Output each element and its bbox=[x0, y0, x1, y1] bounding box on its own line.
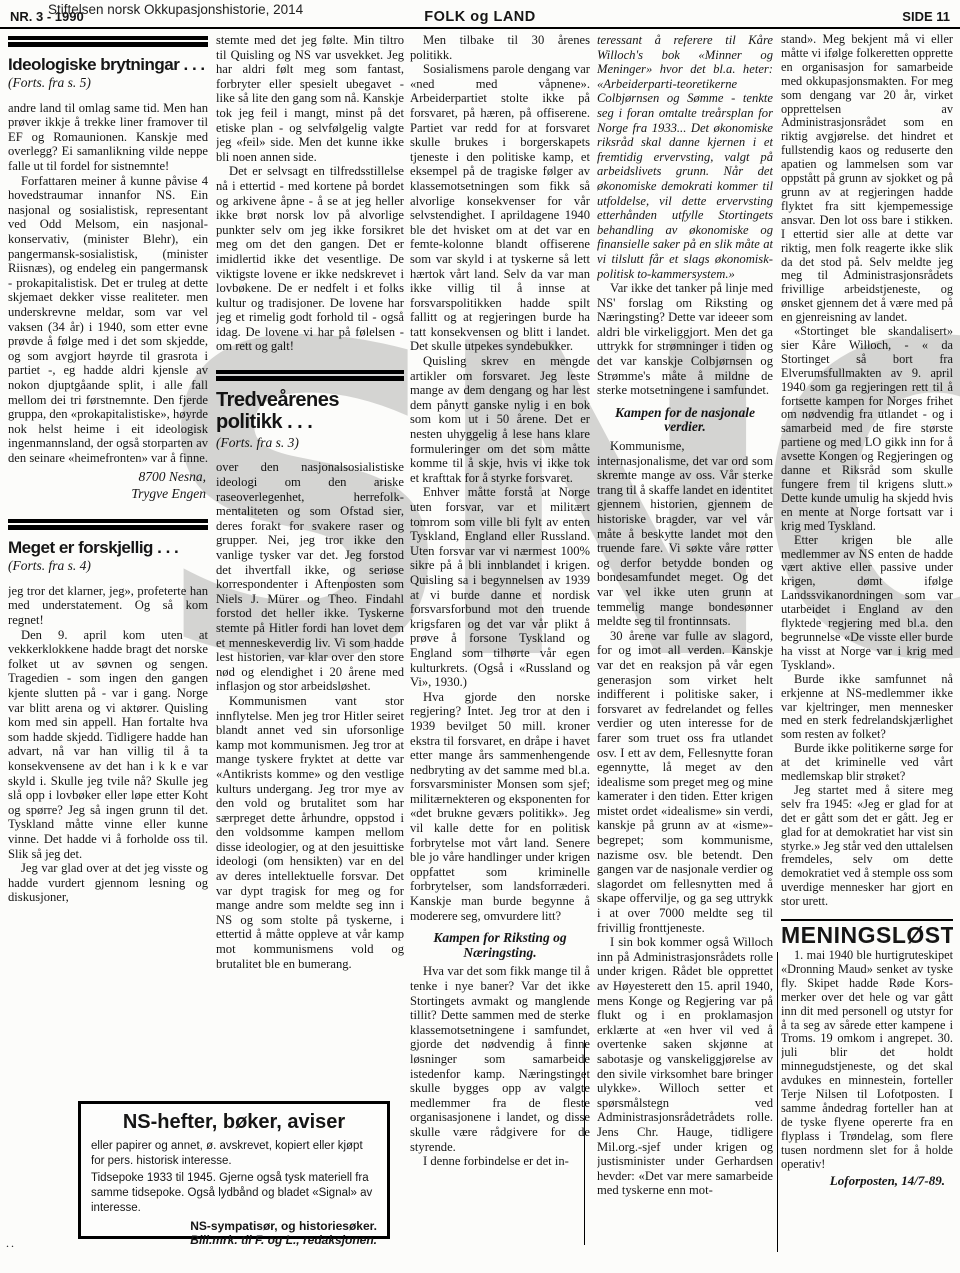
section-divider-bar bbox=[8, 36, 208, 47]
continuation-note: (Forts. fra s. 3) bbox=[216, 436, 404, 451]
paragraph: stemte med det jeg følte. Min tiltro til… bbox=[216, 33, 404, 164]
paragraph: Forfattaren meiner å kunne påvise 4 hove… bbox=[8, 174, 208, 466]
signature-place: 8700 Nesna, bbox=[8, 469, 206, 486]
section-divider-bar bbox=[216, 370, 404, 381]
classified-ad-box: NS-hefter, bøker, aviser eller papirer o… bbox=[78, 1101, 390, 1239]
article-title-meget: Meget er forskjellig . . . bbox=[8, 538, 208, 557]
column-1: Ideologiske brytningar . . . (Forts. fra… bbox=[8, 36, 208, 1094]
ad-reply-note: Bill.mrk. til F. og L., redaksjonen. bbox=[91, 1233, 377, 1247]
ad-text: eller papirer og annet, ø. avskrevet, ko… bbox=[91, 1139, 377, 1168]
title-line: politikk . . . bbox=[216, 411, 404, 433]
paragraph: jeg tror det klarner, jeg», profeterte h… bbox=[8, 584, 208, 628]
paragraph: Den 9. april kom uten at vekkerklokkene … bbox=[8, 628, 208, 862]
paragraph: Det er selvsagt en tilfredsstillelse nå … bbox=[216, 164, 404, 354]
article-title-meningslost: MENINGSLØST bbox=[781, 929, 953, 943]
paragraph: teressant å referere til Kåre Willoch's … bbox=[597, 33, 773, 281]
paragraph: Var ikke det tanker på linje med NS' for… bbox=[597, 281, 773, 398]
column-3: Men tilbake til 30 årenes politikk.Sosia… bbox=[410, 33, 590, 1271]
paragraph: Hva gjorde den norske regjering? Intet. … bbox=[410, 690, 590, 924]
paragraph: I sin bok kommer også Willoch inn på Adm… bbox=[597, 935, 773, 1198]
column-rule bbox=[777, 952, 778, 1252]
paragraph: Kommunisme, internasjonalisme, det var o… bbox=[597, 439, 773, 629]
article-continuation-body: stemte med det jeg følte. Min tiltro til… bbox=[216, 33, 404, 354]
paragraph: over den nasjonalsosialistiske ideologi … bbox=[216, 460, 404, 694]
continuation-note: (Forts. fra s. 5) bbox=[8, 76, 208, 91]
ad-title: NS-hefter, bøker, aviser bbox=[91, 1111, 377, 1134]
ad-text: Tidsepoke 1933 til 1945. Gjerne også tys… bbox=[91, 1171, 377, 1215]
paragraph: stand». Meg bekjent må vi eller måtte vi… bbox=[781, 33, 953, 325]
paragraph: 30 årene var fulle av slagord, for og im… bbox=[597, 629, 773, 935]
paragraph: Sosialismens parole dengang var «ned med… bbox=[410, 62, 590, 354]
paragraph: Jeg var glad over at det jeg visste og h… bbox=[8, 861, 208, 905]
article-body: Kommunisme, internasjonalisme, det var o… bbox=[597, 439, 773, 1198]
subheading-riksting: Kampen for Riksting og Næringsting. bbox=[410, 931, 590, 960]
paragraph: Quisling skrev en mengde artikler om for… bbox=[410, 354, 590, 485]
scan-artifact: .. bbox=[6, 1236, 16, 1251]
paragraph: Men tilbake til 30 årenes politikk. bbox=[410, 33, 590, 62]
header-rule bbox=[0, 27, 960, 29]
column-4: teressant å referere til Kåre Willoch's … bbox=[597, 33, 773, 1271]
paragraph: Burde ikke samfunnet nå erkjenne at NS-m… bbox=[781, 673, 953, 743]
title-line: Tredveårenes bbox=[216, 389, 404, 411]
continuation-note: (Forts. fra s. 4) bbox=[8, 559, 208, 574]
column-2: stemte med det jeg følte. Min tiltro til… bbox=[216, 33, 404, 1095]
author-signature: 8700 Nesna, Trygve Engen bbox=[8, 469, 206, 503]
article-title-ideologiske: Ideologiske brytningar . . . bbox=[8, 55, 208, 74]
signature-name: Trygve Engen bbox=[8, 486, 206, 503]
newspaper-page: NR. 3 - 1990 Stiftelsen norsk Okkupasjon… bbox=[0, 0, 960, 1273]
article-body: teressant å referere til Kåre Willoch's … bbox=[597, 33, 773, 398]
article-body: jeg tror det klarner, jeg», profeterte h… bbox=[8, 584, 208, 905]
paragraph: 1. mai 1940 ble hurtigruteskipet «Dronni… bbox=[781, 949, 953, 1172]
paragraph: I denne forbindelse er det in- bbox=[410, 1154, 590, 1169]
paragraph: Kommunismen vant stor innflytelse. Men j… bbox=[216, 694, 404, 971]
paragraph: andre land til omlag same tid. Men han p… bbox=[8, 101, 208, 174]
page-number: SIDE 11 bbox=[902, 9, 950, 24]
source-citation: Loforposten, 14/7-89. bbox=[781, 1174, 953, 1188]
article-body: stand». Meg bekjent må vi eller måtte vi… bbox=[781, 33, 953, 909]
column-5: stand». Meg bekjent må vi eller måtte vi… bbox=[781, 33, 953, 1271]
paragraph: Hva var det som fikk mange til å tenke i… bbox=[410, 964, 590, 1154]
article-body: Men tilbake til 30 årenes politikk.Sosia… bbox=[410, 33, 590, 923]
paragraph: Burde ikke politikerne sørge for at det … bbox=[781, 742, 953, 784]
page-header: NR. 3 - 1990 Stiftelsen norsk Okkupasjon… bbox=[0, 0, 960, 30]
column-rule bbox=[584, 1040, 585, 1245]
section-rule bbox=[781, 919, 953, 921]
masthead: FOLK og LAND bbox=[0, 9, 960, 25]
paragraph: Enhver måtte forstå at Norge uten forsva… bbox=[410, 485, 590, 689]
article-title-tredvearenes: Tredveårenes politikk . . . bbox=[216, 389, 404, 434]
paragraph: «Stortinget ble skandalisert» sier Kåre … bbox=[781, 325, 953, 534]
article-body: over den nasjonalsosialistiske ideologi … bbox=[216, 460, 404, 971]
ad-signature: NS-sympatisør, og historiesøker. bbox=[91, 1219, 377, 1233]
article-body: Hva var det som fikk mange til å tenke i… bbox=[410, 964, 590, 1168]
subheading-nasjonale-verdier: Kampen for de nasjonale verdier. bbox=[597, 406, 773, 435]
paragraph: Jeg startet med å sitere meg selv fra 19… bbox=[781, 784, 953, 909]
section-divider-bar bbox=[8, 519, 208, 530]
article-body: 1. mai 1940 ble hurtigruteskipet «Dronni… bbox=[781, 949, 953, 1172]
paragraph: Etter krigen ble alle medlemmer av NS en… bbox=[781, 534, 953, 673]
article-body: andre land til omlag same tid. Men han p… bbox=[8, 101, 208, 466]
